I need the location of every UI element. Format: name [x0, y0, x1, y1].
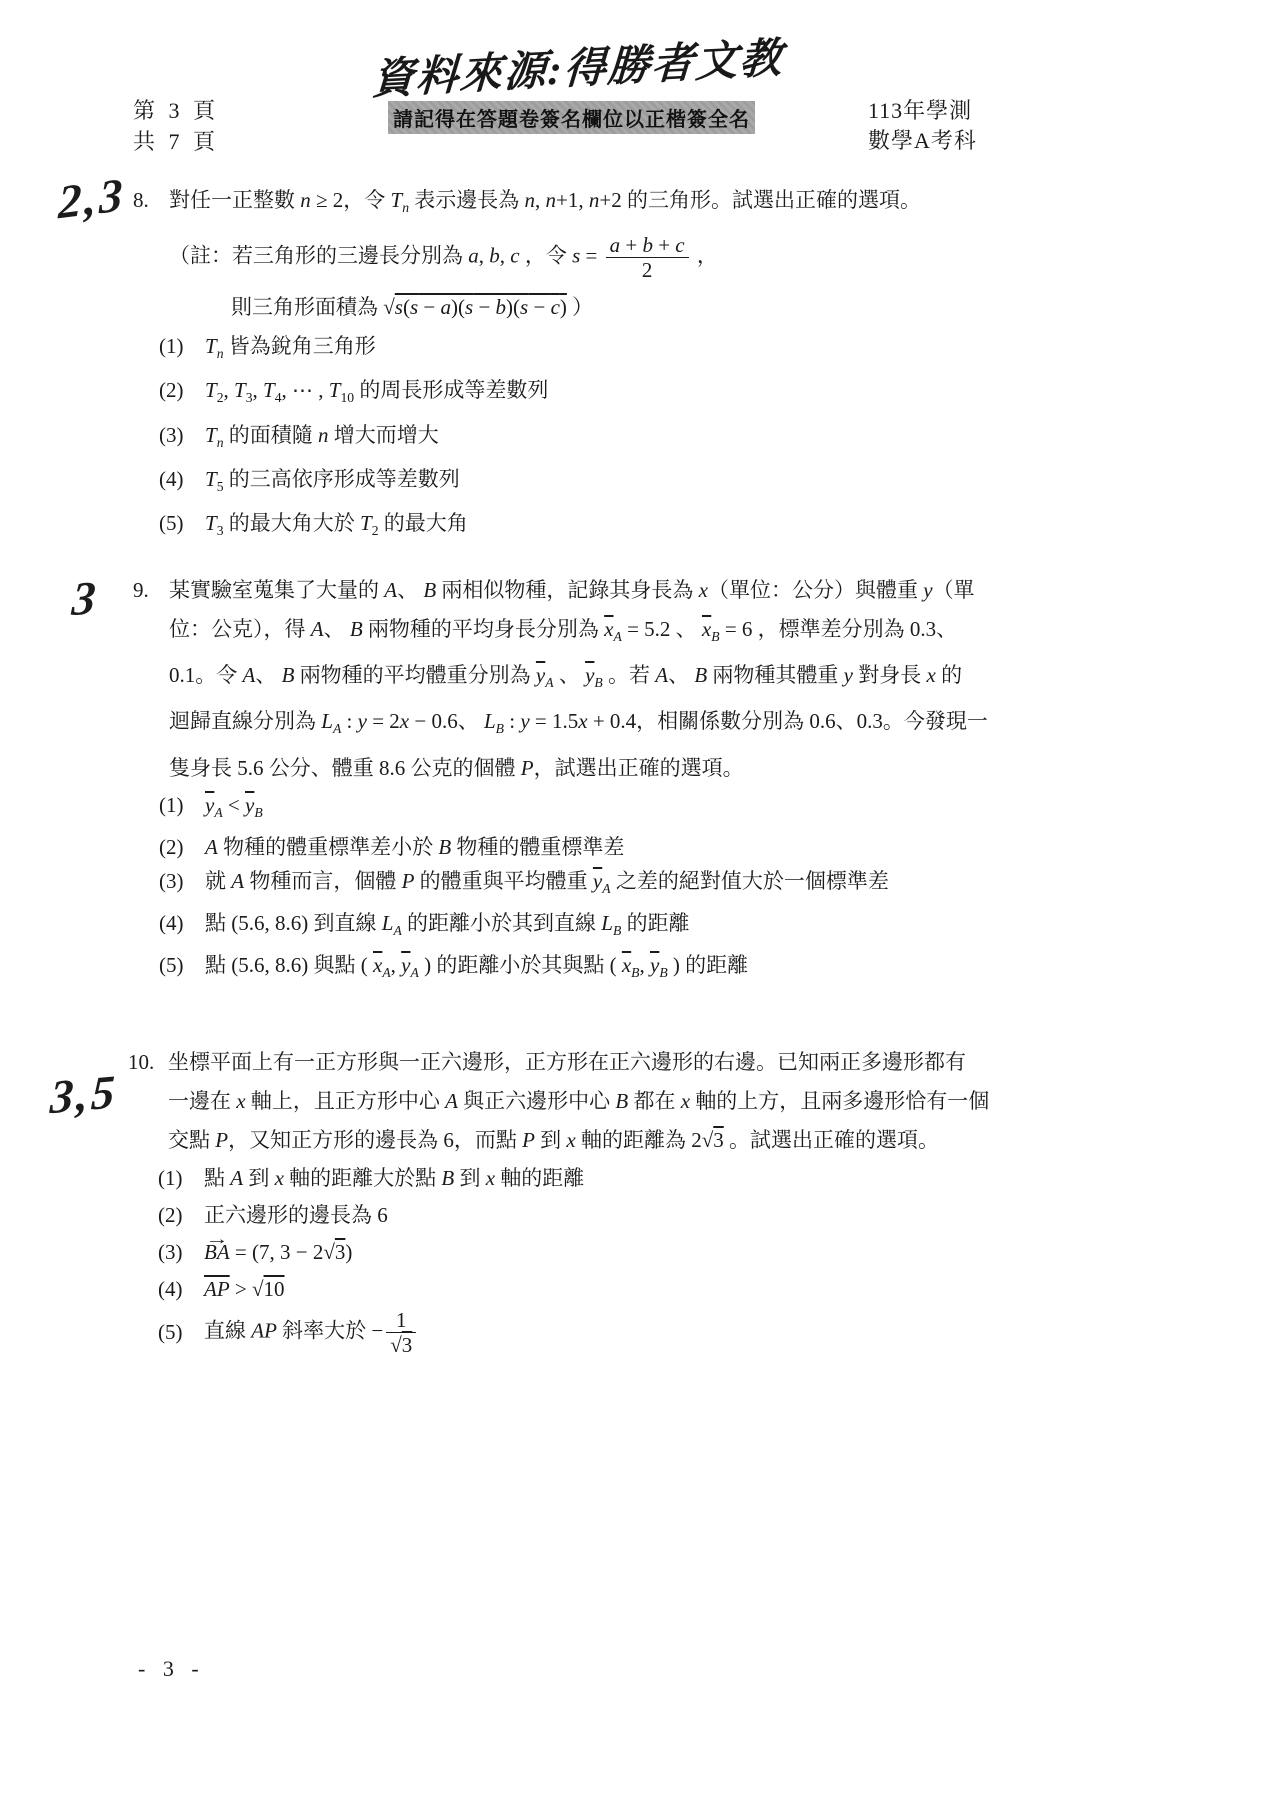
option-text: AP > √10: [204, 1271, 285, 1308]
question-8-stem-text: 對任一正整數 n ≥ 2，令 Tn 表示邊長為 n, n+1, n+2 的三角形…: [169, 180, 1013, 228]
option-label: (3): [158, 1234, 204, 1271]
option-text: 直線 AP 斜率大於 −1√3: [204, 1308, 419, 1357]
option-text: BA = (7, 3 − 2√3): [204, 1234, 352, 1271]
option-label: (4): [158, 1271, 204, 1308]
option-text: Tn 皆為銳角三角形: [205, 328, 376, 372]
option-label: (5): [159, 948, 205, 990]
option-label: (1): [159, 328, 205, 372]
option-label: (3): [159, 864, 205, 906]
question-10-line-3: 交點 P，又知正方形的邊長為 6，而點 P 到 x 軸的距離為 2√3 。試選出…: [168, 1121, 1043, 1160]
option-label: (5): [159, 505, 205, 549]
option-text: 點 (5.6, 8.6) 與點 ( xA, yA ) 的距離小於其與點 ( xB…: [205, 948, 748, 990]
option-label: (2): [158, 1197, 204, 1234]
question-8-option-1: (1) Tn 皆為銳角三角形: [159, 328, 1013, 372]
question-9-option-5: (5) 點 (5.6, 8.6) 與點 ( xA, yA ) 的距離小於其與點 …: [159, 948, 1038, 990]
question-10-option-4: (4) AP > √10: [158, 1271, 1043, 1308]
question-10-stem: 10. 坐標平面上有一正方形與一正六邊形，正方形在正六邊形的右邊。已知兩正多邊形…: [128, 1043, 1043, 1082]
question-9-line-2: 位：公克），得 A、 B 兩物種的平均身長分別為 xA = 5.2 、 xB =…: [169, 610, 1038, 656]
question-8-area-line: 則三角形面積為 √s(s − a)(s − b)(s − c) ）: [231, 286, 1013, 328]
question-9-option-3: (3) 就 A 物種而言，個體 P 的體重與平均體重 yA 之差的絕對值大於一個…: [159, 864, 1038, 906]
question-9-line-3: 0.1。令 A、 B 兩物種的平均體重分別為 yA 、 yB 。若 A、 B 兩…: [169, 656, 1038, 702]
question-9-line-4: 迴歸直線分別為 LA : y = 2x − 0.6、 LB : y = 1.5x…: [169, 702, 1038, 748]
question-8-note-line: （註：若三角形的三邊長分別為 a, b, c ，令 s = a + b + c2…: [169, 228, 1013, 286]
question-8-option-5: (5) T3 的最大角大於 T2 的最大角: [159, 505, 1013, 549]
option-label: (2): [159, 830, 205, 864]
question-8-option-2: (2) T2, T3, T4, ⋯ , T10 的周長形成等差數列: [159, 372, 1013, 416]
question-8-option-3: (3) Tn 的面積隨 n 增大而增大: [159, 417, 1013, 461]
question-9-stem: 9. 某實驗室蒐集了大量的 A、 B 兩相似物種，記錄其身長為 x（單位：公分）…: [133, 571, 1038, 610]
question-10-line-2: 一邊在 x 軸上，且正方形中心 A 與正六邊形中心 B 都在 x 軸的上方，且兩…: [168, 1082, 1043, 1121]
question-10: 10. 坐標平面上有一正方形與一正六邊形，正方形在正六邊形的右邊。已知兩正多邊形…: [128, 1043, 1043, 1357]
option-text: 點 A 到 x 軸的距離大於點 B 到 x 軸的距離: [204, 1160, 584, 1197]
question-8-stem: 8. 對任一正整數 n ≥ 2，令 Tn 表示邊長為 n, n+1, n+2 的…: [133, 180, 1013, 228]
question-9-line-1: 某實驗室蒐集了大量的 A、 B 兩相似物種，記錄其身長為 x（單位：公分）與體重…: [169, 571, 1038, 610]
option-text: T2, T3, T4, ⋯ , T10 的周長形成等差數列: [205, 372, 548, 416]
question-10-option-3: (3) BA = (7, 3 − 2√3): [158, 1234, 1043, 1271]
question-9-option-4: (4) 點 (5.6, 8.6) 到直線 LA 的距離小於其到直線 LB 的距離: [159, 906, 1038, 948]
question-9-number: 9.: [133, 571, 169, 610]
option-label: (5): [158, 1314, 204, 1351]
handwritten-mark-q9: 3: [70, 571, 100, 627]
signature-notice-highlight: 請記得在答題卷簽名欄位以正楷簽全名: [388, 101, 755, 134]
question-10-option-1: (1) 點 A 到 x 軸的距離大於點 B 到 x 軸的距離: [158, 1160, 1043, 1197]
exam-subject: 數學A考科: [868, 126, 977, 156]
option-label: (3): [159, 417, 205, 461]
handwritten-source-note: 資料來源:得勝者文教: [371, 25, 774, 106]
question-8: 8. 對任一正整數 n ≥ 2，令 Tn 表示邊長為 n, n+1, n+2 的…: [133, 180, 1013, 549]
option-text: 就 A 物種而言，個體 P 的體重與平均體重 yA 之差的絕對值大於一個標準差: [205, 864, 889, 906]
page-number-line: 第 3 頁: [133, 95, 219, 126]
question-9: 9. 某實驗室蒐集了大量的 A、 B 兩相似物種，記錄其身長為 x（單位：公分）…: [133, 571, 1038, 990]
page-total-line: 共 7 頁: [133, 126, 219, 157]
handwritten-mark-q10: 3,5: [49, 1065, 119, 1125]
option-text: Tn 的面積隨 n 增大而增大: [205, 417, 439, 461]
question-8-number: 8.: [133, 180, 169, 228]
handwritten-mark-q8: 2,3: [58, 168, 126, 231]
question-9-line-5: 隻身長 5.6 公分、體重 8.6 公克的個體 P，試選出正確的選項。: [169, 749, 1038, 788]
option-label: (1): [159, 788, 205, 830]
option-text: A 物種的體重標準差小於 B 物種的體重標準差: [205, 830, 624, 864]
option-label: (4): [159, 906, 205, 948]
question-8-note-text: （註：若三角形的三邊長分別為 a, b, c ，令 s = a + b + c2…: [169, 233, 718, 282]
exam-info: 113年學測 數學A考科: [868, 96, 977, 156]
option-text: 點 (5.6, 8.6) 到直線 LA 的距離小於其到直線 LB 的距離: [205, 906, 690, 948]
option-text: T3 的最大角大於 T2 的最大角: [205, 505, 468, 549]
option-label: (1): [158, 1160, 204, 1197]
option-label: (4): [159, 461, 205, 505]
scanned-exam-page: 資料來源:得勝者文教 第 3 頁 共 7 頁 請記得在答題卷簽名欄位以正楷簽全名…: [0, 0, 1280, 1809]
question-10-option-2: (2) 正六邊形的邊長為 6: [158, 1197, 1043, 1234]
question-8-option-4: (4) T5 的三高依序形成等差數列: [159, 461, 1013, 505]
question-9-option-1: (1) yA < yB: [159, 788, 1038, 830]
option-text: 正六邊形的邊長為 6: [204, 1197, 388, 1234]
question-9-option-2: (2) A 物種的體重標準差小於 B 物種的體重標準差: [159, 830, 1038, 864]
exam-year: 113年學測: [868, 96, 977, 126]
question-10-line-1: 坐標平面上有一正方形與一正六邊形，正方形在正六邊形的右邊。已知兩正多邊形都有: [168, 1043, 1043, 1082]
question-10-option-5: (5) 直線 AP 斜率大於 −1√3: [158, 1308, 1043, 1357]
question-10-number: 10.: [128, 1043, 168, 1082]
option-text: T5 的三高依序形成等差數列: [205, 461, 460, 505]
page-count: 第 3 頁 共 7 頁: [133, 95, 219, 157]
option-text: yA < yB: [205, 788, 263, 830]
footer-page-number: - 3 -: [138, 1656, 205, 1682]
option-label: (2): [159, 372, 205, 416]
